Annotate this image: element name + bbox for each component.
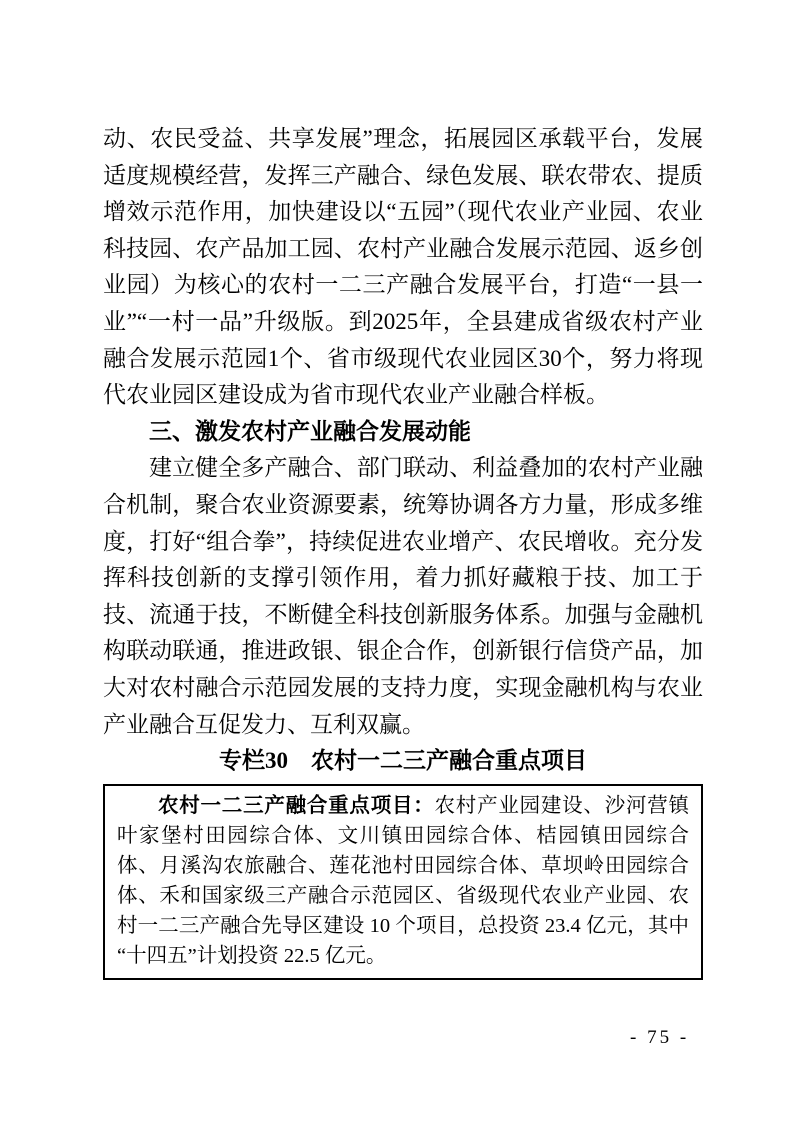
document-page: 动、农民受益、共享发展”理念，拓展园区承载平台，发展适度规模经营，发挥三产融合、… bbox=[0, 0, 793, 1122]
page-number: - 75 - bbox=[630, 1027, 689, 1049]
paragraph-mechanism: 建立健全多产融合、部门联动、利益叠加的农村产业融合机制，聚合农业资源要素，统筹协… bbox=[103, 450, 703, 743]
page-content-area: 动、农民受益、共享发展”理念，拓展园区承载平台，发展适度规模经营，发挥三产融合、… bbox=[103, 121, 703, 980]
callout-box-lead-label: 农村一二三产融合重点项目： bbox=[158, 795, 435, 817]
callout-box-paragraph: 农村一二三产融合重点项目：农村产业园建设、沙河营镇叶家堡村田园综合体、文川镇田园… bbox=[117, 791, 689, 971]
callout-box-title: 专栏30 农村一二三产融合重点项目 bbox=[103, 743, 703, 780]
callout-box: 农村一二三产融合重点项目：农村产业园建设、沙河营镇叶家堡村田园综合体、文川镇田园… bbox=[103, 784, 703, 980]
paragraph-continuation: 动、农民受益、共享发展”理念，拓展园区承载平台，发展适度规模经营，发挥三产融合、… bbox=[103, 121, 703, 414]
callout-box-content-text: 农村产业园建设、沙河营镇叶家堡村田园综合体、文川镇田园综合体、桔园镇田园综合体、… bbox=[117, 795, 689, 967]
section-heading: 三、激发农村产业融合发展动能 bbox=[103, 414, 703, 451]
